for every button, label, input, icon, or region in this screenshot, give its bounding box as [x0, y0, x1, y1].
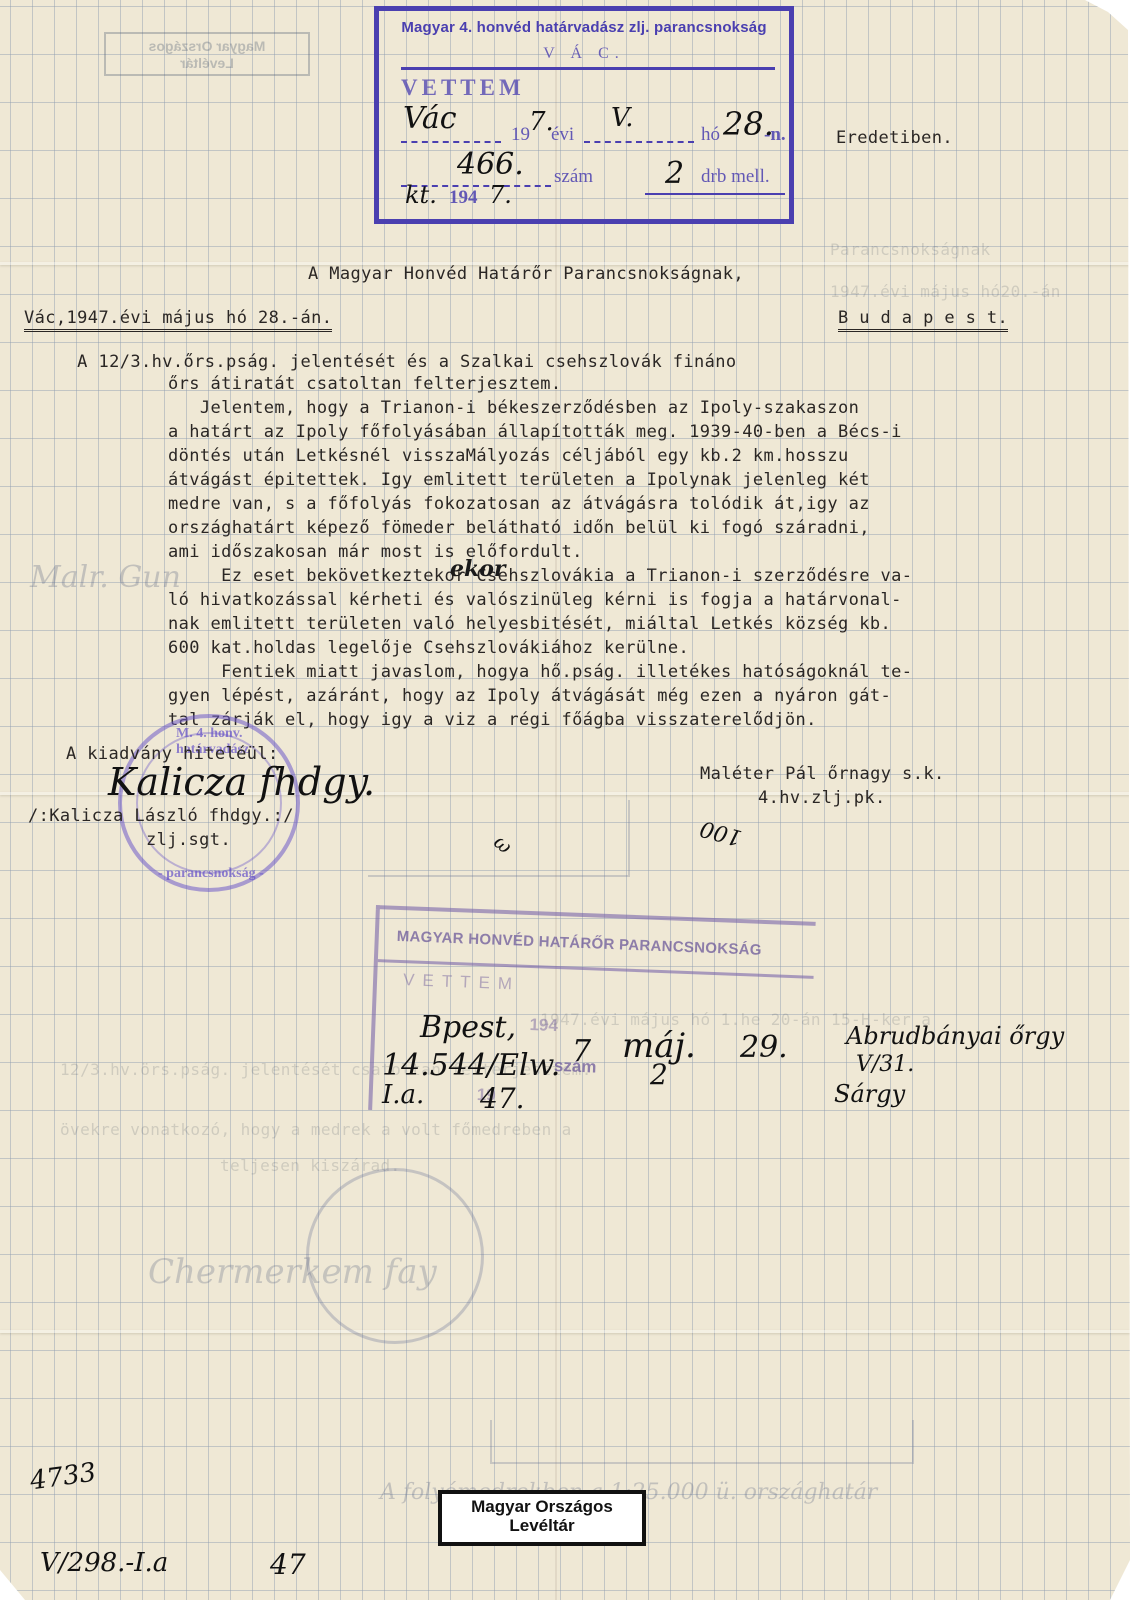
stamp-kt-year: 7.	[489, 181, 512, 209]
archive-ghost-line1: Magyar Országos	[106, 38, 308, 55]
reference-number: 4733	[28, 1458, 98, 1497]
stamp-number: 466.	[457, 147, 524, 182]
commander-title: 4.hv.zlj.pk.	[758, 788, 886, 808]
handwritten-insert: ekor	[450, 556, 506, 582]
ghost-stamp-box	[368, 800, 630, 877]
body-line: döntés után Letkésnél visszaMályozás cél…	[168, 446, 849, 466]
stamp-mid-dept-year: 47.	[480, 1082, 525, 1115]
destination: B u d a p e s t.	[838, 308, 1008, 332]
certifier-title: zlj.sgt.	[146, 830, 231, 850]
body-line: gyen lépést, azáránt, hogy az Ipoly átvá…	[168, 686, 891, 706]
stamp-number-label: szám	[554, 166, 593, 188]
original-note: Eredetiben.	[836, 128, 953, 148]
archive-stamp-ghost: Magyar Országos Levéltár	[104, 32, 310, 76]
stamp-kt-year-prefix: 194	[449, 187, 478, 209]
stamp-received-label: VETTEM	[401, 75, 525, 101]
archive-stamp-line1: Magyar Országos	[442, 1497, 642, 1516]
stamp-mid-year-prefix: 194	[529, 1015, 558, 1036]
stamp-year-prefix: 19	[511, 124, 530, 146]
file-code: V/298.-I.a	[40, 1548, 168, 1578]
ghost-signature: Chermerkem fay	[148, 1252, 437, 1292]
assign-initial: Sárgy	[834, 1080, 905, 1108]
body-line: átvágást épitettek. Igy emlitett terület…	[168, 470, 870, 490]
stamp-mid-received-label: VETTEM	[403, 970, 521, 994]
assignee-note: Abrudbányai őrgy	[846, 1022, 1064, 1050]
document-page: Magyar Országos Levéltár Parancsnokságna…	[0, 0, 1130, 1600]
seal-text-bottom: - parancsnokság -	[158, 866, 264, 882]
stamp-mid-place: Bpest,	[420, 1010, 516, 1045]
bleed-text: övekre vonatkozó, hogy a medrek a volt f…	[60, 1120, 572, 1139]
commander-name: Maléter Pál őrnagy s.k.	[700, 764, 945, 784]
body-line: Ez eset bekövetkeztekor Csehszlovákia a …	[168, 566, 912, 586]
dotted-line	[401, 141, 501, 143]
stamp-place: Vác	[403, 101, 457, 136]
body-line: A 12/3.hv.őrs.pság. jelentését és a Szal…	[24, 352, 737, 372]
pencil-scribble: Malr. Gun	[30, 560, 181, 595]
dotted-line	[645, 193, 785, 195]
archive-stamp-line2: Levéltár	[442, 1516, 642, 1535]
dateline: Vác,1947.évi május hó 28.-án.	[24, 308, 332, 332]
body-line: Jelentem, hogy a Trianon-i békeszerződés…	[168, 398, 859, 418]
certifier-name: /:Kalicza László fhdgy.:/	[28, 806, 294, 826]
file-suffix: 47	[270, 1548, 306, 1581]
body-line: medre van, s a főfolyás fokozatosan az á…	[168, 494, 870, 514]
body-line: Fentiek miatt javaslom, hogya hő.pság. i…	[168, 662, 912, 682]
stamp-kt: kt.	[405, 181, 437, 209]
archive-ghost-line2: Levéltár	[106, 55, 308, 72]
stamp-attachments-label: drb mell.	[701, 166, 770, 188]
stamp-month-label: hó	[701, 124, 720, 146]
bleed-text: Parancsnokságnak	[830, 240, 991, 259]
body-line: őrs átiratát csatoltan felterjesztem.	[168, 374, 562, 394]
addressee: A Magyar Honvéd Határőr Parancsnokságnak…	[308, 264, 744, 284]
fold-line	[0, 1330, 1130, 1333]
stamp-city: V Á C.	[379, 45, 789, 63]
body-line: 600 kat.holdas legelője Csehszlovákiához…	[168, 638, 689, 658]
dotted-line	[584, 141, 694, 143]
stamp-mid-day: 29.	[740, 1030, 788, 1065]
ghost-stamp-box	[490, 1420, 914, 1464]
archive-stamp: Magyar Országos Levéltár	[438, 1490, 646, 1546]
stamp-month: V.	[611, 103, 634, 133]
assign-date: V/31.	[856, 1052, 914, 1077]
certifier-signature: Kalicza fhdgy.	[108, 760, 375, 804]
stamp-mid-year: 7	[572, 1034, 591, 1069]
bleed-text: 1947.évi május hó20.-án	[830, 282, 1061, 301]
body-line: ami időszakosan már most is előfordult.	[168, 542, 583, 562]
stamp-header: Magyar 4. honvéd határvadász zlj. paranc…	[379, 19, 789, 36]
body-line: a határt az Ipoly főfolyásában állapítot…	[168, 422, 902, 442]
stamp-year-label: évi	[551, 124, 574, 146]
body-line: nak emlitett területen való helyesbitésé…	[168, 614, 891, 634]
stamp-mid-dept: I.a.	[382, 1080, 424, 1110]
body-line: országhatárt képező fömeder belátható id…	[168, 518, 870, 538]
stamp-attachments: 2	[665, 156, 684, 191]
stamp-mid-header: MAGYAR HONVÉD HATÁRŐR PARANCSNOKSÁG	[396, 928, 762, 959]
stamp-rule	[401, 67, 775, 70]
margin-number: 100	[697, 815, 744, 850]
stamp-mid-number: 14.544/Elw.	[382, 1048, 560, 1083]
stamp-day-suffix: -n.	[764, 124, 786, 146]
received-stamp-top: Magyar 4. honvéd határvadász zlj. paranc…	[374, 6, 794, 224]
body-line: ló hivatkozással kérheti és valószinüleg…	[168, 590, 902, 610]
stamp-mid-attachments: 2	[650, 1058, 668, 1091]
